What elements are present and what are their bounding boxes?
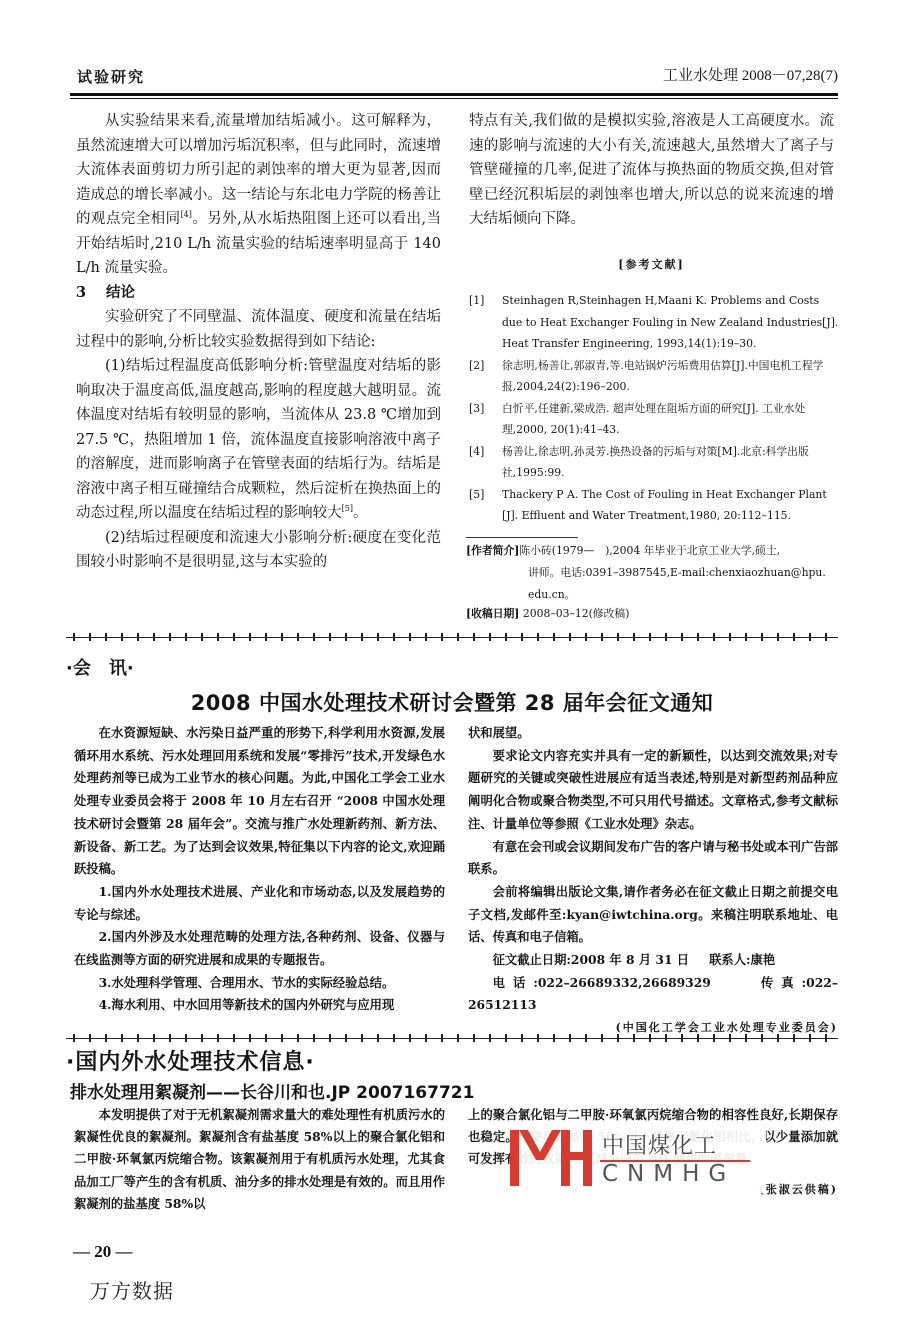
patent-left-column: 本发明提供了对于无机絮凝剂需求量大的难处理性有机质污水的絮凝性优良的絮凝剂。絮凝… — [74, 1104, 445, 1215]
header-rule-thin — [70, 98, 838, 99]
running-header-section: 试验研究 — [77, 66, 145, 87]
mh-logo-icon — [510, 1130, 592, 1186]
article-right-column: 特点有关,我们做的是模拟实验,溶液是人工高硬度水。流速的影响与流速的大小有关,流… — [469, 109, 834, 232]
header-rule-thick — [70, 93, 838, 96]
notice-paragraph: 要求论文内容充实并具有一定的新颖性，以达到交流效果;对专题研究的关键或突破性进展… — [468, 745, 838, 836]
reference-item: [3]白忻平,任建新,梁成浩. 超声处理在阻垢方面的研究[J]. 工业水处理,2… — [469, 398, 841, 441]
notice-left-column: 在水资源短缺、水污染日益严重的形势下,科学利用水资源,发展循环用水系统、污水处理… — [74, 722, 445, 1017]
running-header-journal: 工业水处理 2008－07,28(7) — [663, 64, 838, 85]
references-heading: [参考文献] — [469, 256, 834, 272]
page-number: — 20 — — [73, 1242, 133, 1262]
body-paragraph: 实验研究了不同壁温、流体温度、硬度和流量在结垢过程中的影响,分析比较实验数据得到… — [76, 305, 441, 354]
patent-paragraph: 本发明提供了对于无机絮凝剂需求量大的难处理性有机质污水的絮凝性优良的絮凝剂。絮凝… — [74, 1104, 445, 1215]
column-tag-tech-info: ·国内外水处理技术信息· — [66, 1045, 315, 1076]
footnote-rule — [466, 537, 578, 538]
notice-title: 2008 中国水处理技术研讨会暨第 28 届年会征文通知 — [0, 687, 904, 717]
watermark-en-text: CNMHG — [602, 1161, 735, 1187]
notice-deadline: 征文截止日期:2008 年 8 月 31 日联系人:康艳 — [468, 949, 838, 972]
author-bio: [作者简介]陈小砖(1979— ),2004 年毕业于北京工业大学,硕士, 讲师… — [466, 540, 838, 606]
notice-paragraph: 在水资源短缺、水污染日益严重的形势下,科学利用水资源,发展循环用水系统、污水处理… — [74, 722, 445, 881]
citation: [4] — [181, 210, 192, 219]
patent-title: 排水处理用絮凝剂——长谷川和也.JP 2007167721 — [70, 1078, 474, 1103]
notice-paragraph: 有意在会刊或会议期间发布广告的客户请与秘书处或本刊广告部联系。 — [468, 836, 838, 881]
reference-item: [5]Thackery P A. The Cost of Fouling in … — [469, 484, 841, 527]
received-date: [收稿日期] 2008–03–12(修改稿) — [466, 606, 629, 621]
body-paragraph: 从实验结果来看,流量增加结垢减小。这可解释为，虽然流速增大可以增加污垢沉积率，但… — [76, 109, 441, 281]
section-separator — [66, 1034, 838, 1042]
contact-person: 联系人:康艳 — [709, 952, 775, 967]
notice-paragraph: 状和展望。 — [468, 722, 838, 745]
notice-topic-item: 1.国内外水处理技术进展、产业化和市场动态,以及发展趋势的专论与综述。 — [74, 881, 445, 926]
notice-right-column: 状和展望。 要求论文内容充实并具有一定的新颖性，以达到交流效果;对专题研究的关键… — [468, 722, 838, 1040]
section-heading: 3结论 — [76, 281, 441, 306]
watermark-cn-text: 中国煤化工 — [602, 1129, 717, 1160]
citation: [5] — [342, 504, 353, 513]
footer-brand: 万方数据 — [90, 1275, 174, 1304]
notice-topic-item: 3.水处理科学管理、合理用水、节水的实际经验总结。 — [74, 972, 445, 995]
body-paragraph: (1)结垢过程温度高低影响分析:管壁温度对结垢的影响取决于温度高低,温度越高,影… — [76, 354, 441, 526]
references-list: [1]Steinhagen R,Steinhagen H,Maani K. Pr… — [469, 290, 841, 527]
body-paragraph: 特点有关,我们做的是模拟实验,溶液是人工高硬度水。流速的影响与流速的大小有关,流… — [469, 109, 834, 232]
article-left-column: 从实验结果来看,流量增加结垢减小。这可解释为，虽然流速增大可以增加污垢沉积率，但… — [76, 109, 441, 575]
watermark-logo: 中国煤化工 CNMHG — [510, 1127, 766, 1193]
body-paragraph: (2)结垢过程硬度和流速大小影响分析:硬度在变化范围较小时影响不是很明显,这与本… — [76, 526, 441, 575]
notice-phone-fax: 电话:022–26689332,26689329传真:022–26512113 — [468, 972, 838, 1017]
notice-topic-item: 4.海水利用、中水回用等新技术的国内外研究与应用现 — [74, 994, 445, 1017]
notice-topic-item: 2.国内外涉及水处理范畴的处理方法,各种药剂、设备、仪器与在线监测等方面的研究进… — [74, 926, 445, 971]
section-separator — [66, 633, 838, 641]
column-tag-conference: ·会 讯· — [66, 654, 134, 680]
notice-paragraph: 会前将编辑出版论文集,请作者务必在征文截止日期之前提交电子文档,发邮件至:kya… — [468, 881, 838, 949]
reference-item: [4]杨善让,徐志明,孙灵芳.换热设备的污垢与对策[M].北京:科学出版社,19… — [469, 441, 841, 484]
reference-item: [1]Steinhagen R,Steinhagen H,Maani K. Pr… — [469, 290, 841, 355]
reference-item: [2]徐志明,杨善让,郭淑青,等.电站锅炉污垢费用估算[J].中国电机工程学报,… — [469, 355, 841, 398]
